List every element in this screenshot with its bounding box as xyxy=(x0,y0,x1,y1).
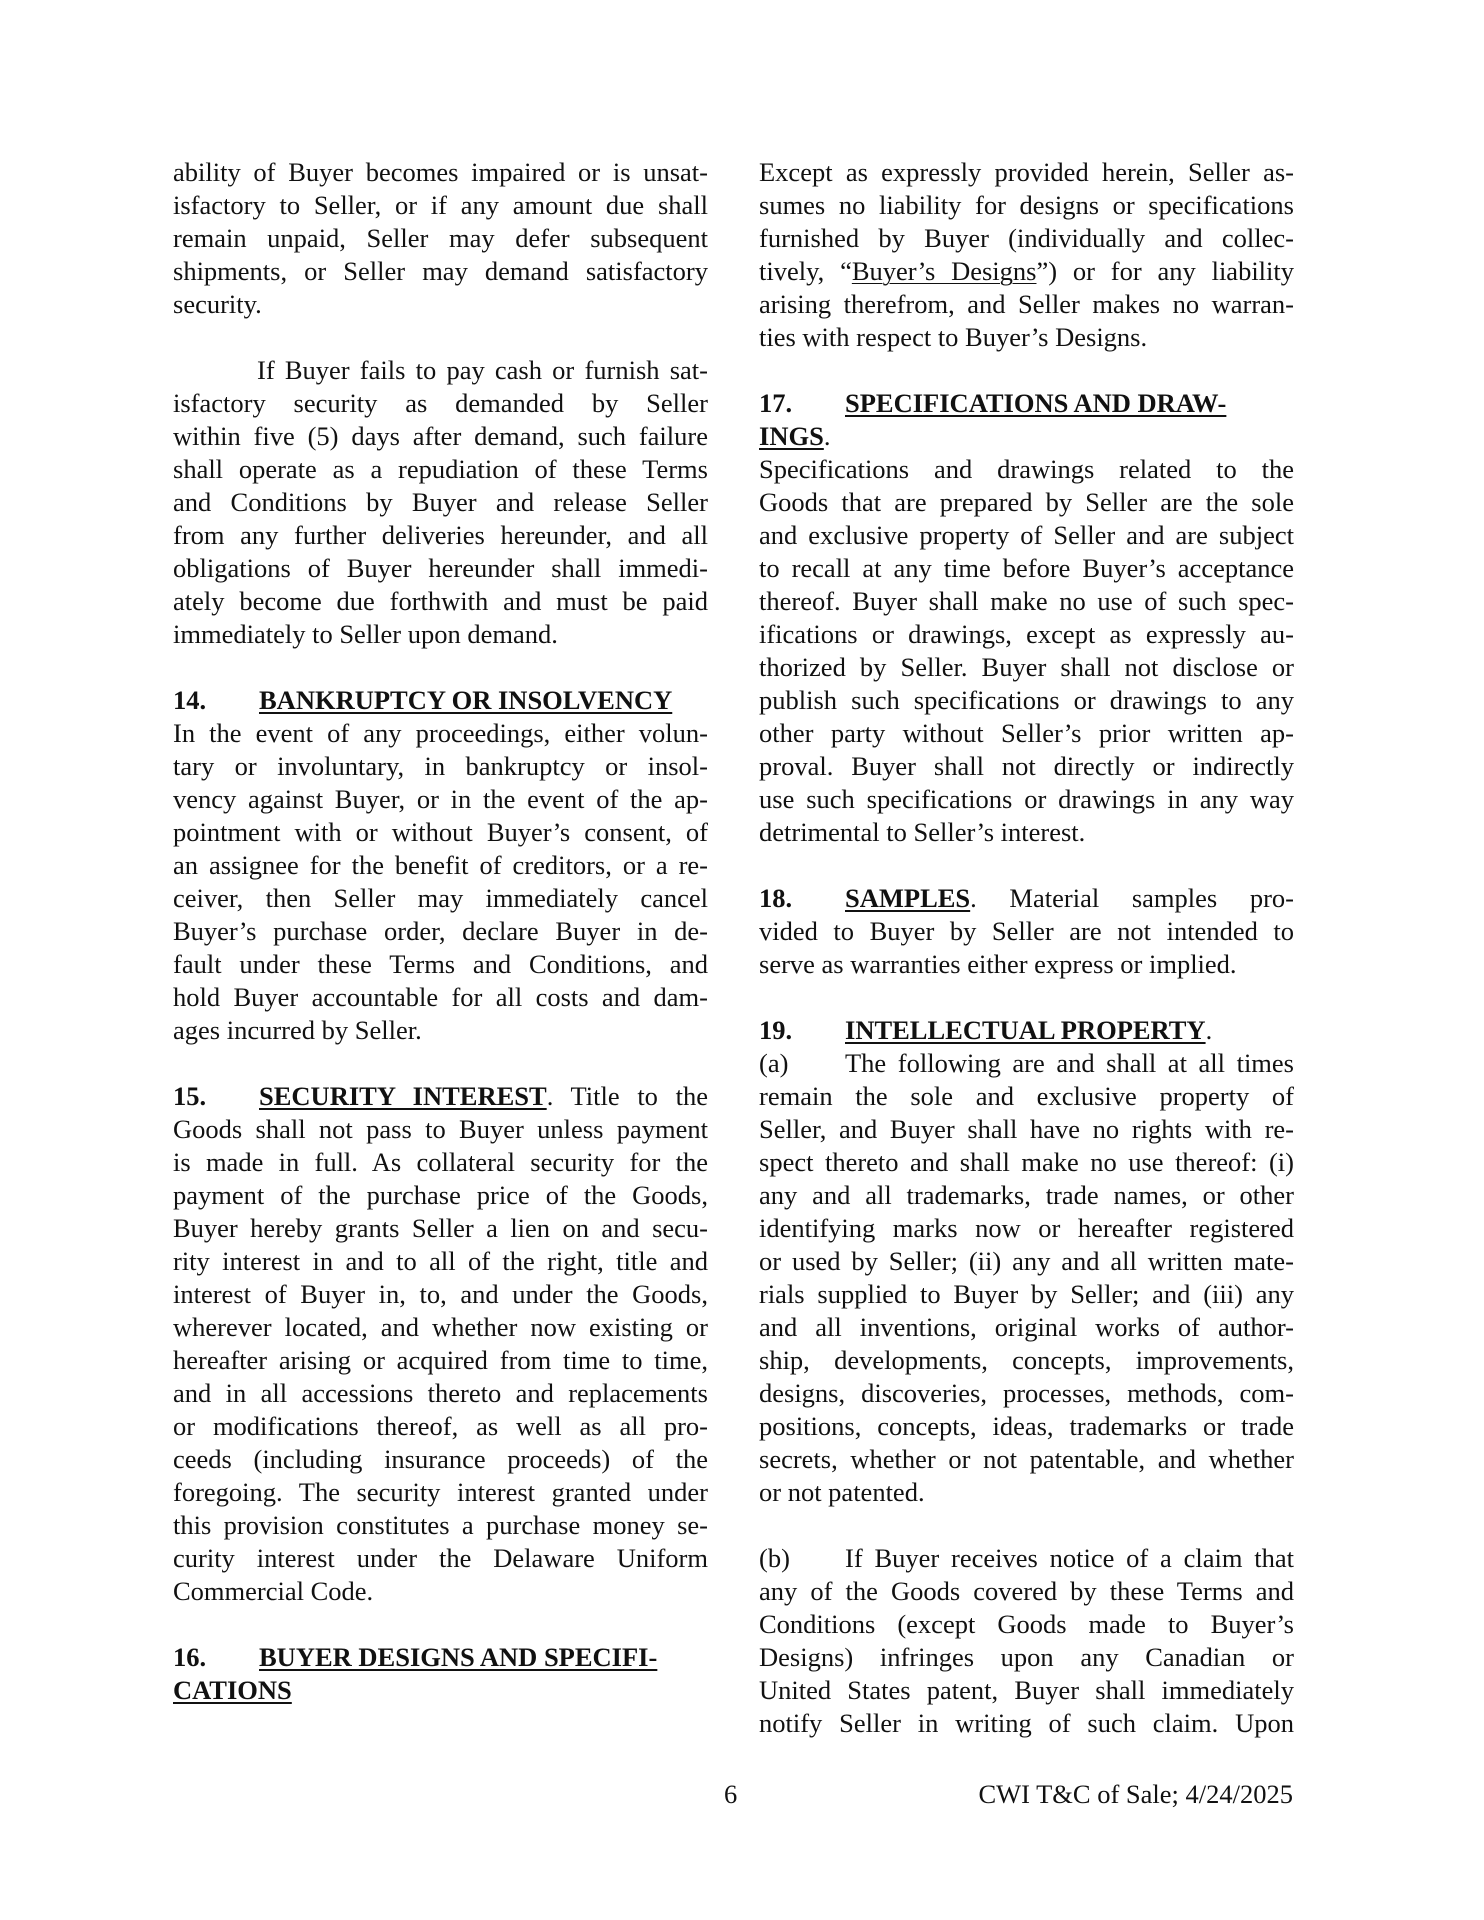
text-line: rials supplied to Buyer by Seller; and (… xyxy=(759,1278,1294,1311)
text-line: thorized by Seller. Buyer shall not disc… xyxy=(759,651,1294,684)
text-line: fault under these Terms and Conditions, … xyxy=(173,948,708,981)
text-line: curity interest under the Delaware Unifo… xyxy=(173,1542,708,1575)
text-line: use such specifications or drawings in a… xyxy=(759,783,1294,816)
text-run: If Buyer receives notice of a claim that xyxy=(845,1543,1294,1573)
text-line: payment of the purchase price of the Goo… xyxy=(173,1179,708,1212)
text-line: ifications or drawings, except as expres… xyxy=(759,618,1294,651)
text-line: within five (5) days after demand, such … xyxy=(173,420,708,453)
text-line: vency against Buyer, or in the event of … xyxy=(173,783,708,816)
text-line: tary or involuntary, in bankruptcy or in… xyxy=(173,750,708,783)
text-line: to recall at any time before Buyer’s acc… xyxy=(759,552,1294,585)
text-line: ately become due forthwith and must be p… xyxy=(173,585,708,618)
text-line: an assignee for the benefit of creditors… xyxy=(173,849,708,882)
text-line: proval. Buyer shall not directly or indi… xyxy=(759,750,1294,783)
section-number: 14. xyxy=(173,684,259,717)
text-line: positions, concepts, ideas, trademarks o… xyxy=(759,1410,1294,1443)
section-number: 19. xyxy=(759,1014,845,1047)
text-line: shall operate as a repudiation of these … xyxy=(173,453,708,486)
text-line: arising therefrom, and Seller makes no w… xyxy=(759,288,1294,321)
section-title: BUYER DESIGNS AND SPECIFI- xyxy=(259,1642,657,1672)
text-line: Commercial Code. xyxy=(173,1575,708,1608)
paragraph-gap xyxy=(173,1608,708,1641)
text-line: hereafter arising or acquired from time … xyxy=(173,1344,708,1377)
section-14-heading: 14.BANKRUPTCY OR INSOLVENCY xyxy=(173,684,708,717)
section-title: SAMPLES xyxy=(845,883,970,913)
text-line: Goods shall not pass to Buyer unless pay… xyxy=(173,1113,708,1146)
text-line: tively, “Buyer’s Designs”) or for any li… xyxy=(759,255,1294,288)
text-run: . xyxy=(824,421,831,451)
paragraph-gap xyxy=(173,1047,708,1080)
text-line: shipments, or Seller may demand satisfac… xyxy=(173,255,708,288)
section-title: INGS xyxy=(759,421,824,451)
text-line: hold Buyer accountable for all costs and… xyxy=(173,981,708,1014)
text-line: ties with respect to Buyer’s Designs. xyxy=(759,321,1294,354)
document-footer-label: CWI T&C of Sale; 4/24/2025 xyxy=(978,1778,1293,1811)
section-title: BANKRUPTCY OR INSOLVENCY xyxy=(259,685,672,715)
text-run: ”) or for any liability xyxy=(1036,256,1294,286)
text-line: ceeds (including insurance proceeds) of … xyxy=(173,1443,708,1476)
paragraph-gap xyxy=(759,981,1294,1014)
paragraph-gap xyxy=(759,849,1294,882)
text-line: rity interest in and to all of the right… xyxy=(173,1245,708,1278)
section-18-heading: 18.SAMPLES. Material samples pro- xyxy=(759,882,1294,915)
text-line: foregoing. The security interest granted… xyxy=(173,1476,708,1509)
text-line: remain the sole and exclusive property o… xyxy=(759,1080,1294,1113)
subsection-b-first-line: (b)If Buyer receives notice of a claim t… xyxy=(759,1542,1294,1575)
section-title: SECURITY INTEREST xyxy=(259,1081,547,1111)
text-line: any and all trademarks, trade names, or … xyxy=(759,1179,1294,1212)
page-number: 6 xyxy=(724,1778,737,1811)
text-run: . xyxy=(1206,1015,1213,1045)
text-run: . Title to the xyxy=(547,1081,708,1111)
text-line: any of the Goods covered by these Terms … xyxy=(759,1575,1294,1608)
text-line: secrets, whether or not patentable, and … xyxy=(759,1443,1294,1476)
text-line: serve as warranties either express or im… xyxy=(759,948,1294,981)
text-line: Except as expressly provided herein, Sel… xyxy=(759,156,1294,189)
section-number: 17. xyxy=(759,387,845,420)
paragraph-gap xyxy=(173,651,708,684)
text-line: obligations of Buyer hereunder shall imm… xyxy=(173,552,708,585)
left-column: ability of Buyer becomes impaired or is … xyxy=(173,156,708,1707)
text-line: United States patent, Buyer shall immedi… xyxy=(759,1674,1294,1707)
text-line: If Buyer fails to pay cash or furnish sa… xyxy=(173,354,708,387)
text-line: Seller, and Buyer shall have no rights w… xyxy=(759,1113,1294,1146)
section-16-heading-cont: CATIONS xyxy=(173,1674,708,1707)
section-17-heading: 17.SPECIFICATIONS AND DRAW- xyxy=(759,387,1294,420)
text-line: Specifications and drawings related to t… xyxy=(759,453,1294,486)
text-run: If Buyer fails to pay cash or furnish sa… xyxy=(257,355,708,385)
text-run: The following are and shall at all times xyxy=(845,1048,1294,1078)
text-line: remain unpaid, Seller may defer subseque… xyxy=(173,222,708,255)
text-line: or used by Seller; (ii) any and all writ… xyxy=(759,1245,1294,1278)
text-line: In the event of any proceedings, either … xyxy=(173,717,708,750)
text-line: thereof. Buyer shall make no use of such… xyxy=(759,585,1294,618)
subsection-a-first-line: (a)The following are and shall at all ti… xyxy=(759,1047,1294,1080)
text-line: identifying marks now or hereafter regis… xyxy=(759,1212,1294,1245)
section-16-heading: 16.BUYER DESIGNS AND SPECIFI- xyxy=(173,1641,708,1674)
text-line: Designs) infringes upon any Canadian or xyxy=(759,1641,1294,1674)
section-number: 18. xyxy=(759,882,845,915)
text-line: from any further deliveries hereunder, a… xyxy=(173,519,708,552)
text-line: is made in full. As collateral security … xyxy=(173,1146,708,1179)
text-line: furnished by Buyer (individually and col… xyxy=(759,222,1294,255)
text-line: this provision constitutes a purchase mo… xyxy=(173,1509,708,1542)
text-line: wherever located, and whether now existi… xyxy=(173,1311,708,1344)
text-line: pointment with or without Buyer’s consen… xyxy=(173,816,708,849)
text-line: Conditions (except Goods made to Buyer’s xyxy=(759,1608,1294,1641)
section-19-heading: 19.INTELLECTUAL PROPERTY. xyxy=(759,1014,1294,1047)
paragraph-gap xyxy=(759,354,1294,387)
text-line: Buyer hereby grants Seller a lien on and… xyxy=(173,1212,708,1245)
section-title: SPECIFICATIONS AND DRAW- xyxy=(845,388,1226,418)
text-line: spect thereto and shall make no use ther… xyxy=(759,1146,1294,1179)
text-line: ceiver, then Seller may immediately canc… xyxy=(173,882,708,915)
defined-term: Buyer’s Designs xyxy=(852,256,1037,286)
text-line: or not patented. xyxy=(759,1476,1294,1509)
text-run: tively, “ xyxy=(759,256,852,286)
section-title: CATIONS xyxy=(173,1675,292,1705)
section-title: INTELLECTUAL PROPERTY xyxy=(845,1015,1206,1045)
text-line: notify Seller in writing of such claim. … xyxy=(759,1707,1294,1740)
section-17-heading-cont: INGS. xyxy=(759,420,1294,453)
text-line: vided to Buyer by Seller are not intende… xyxy=(759,915,1294,948)
text-line: immediately to Seller upon demand. xyxy=(173,618,708,651)
section-number: 15. xyxy=(173,1080,259,1113)
subsection-label: (a) xyxy=(759,1047,845,1080)
text-line: interest of Buyer in, to, and under the … xyxy=(173,1278,708,1311)
text-line: designs, discoveries, processes, methods… xyxy=(759,1377,1294,1410)
text-line: ability of Buyer becomes impaired or is … xyxy=(173,156,708,189)
page-footer: 6 CWI T&C of Sale; 4/24/2025 xyxy=(0,1778,1484,1811)
text-run: . Material samples pro- xyxy=(970,883,1294,913)
text-line: security. xyxy=(173,288,708,321)
text-line: ship, developments, concepts, improvemen… xyxy=(759,1344,1294,1377)
text-line: other party without Seller’s prior writt… xyxy=(759,717,1294,750)
text-line: ages incurred by Seller. xyxy=(173,1014,708,1047)
paragraph-gap xyxy=(759,1509,1294,1542)
text-line: isfactory security as demanded by Seller xyxy=(173,387,708,420)
text-line: publish such specifications or drawings … xyxy=(759,684,1294,717)
text-line: sumes no liability for designs or specif… xyxy=(759,189,1294,222)
section-number: 16. xyxy=(173,1641,259,1674)
text-line: and exclusive property of Seller and are… xyxy=(759,519,1294,552)
text-line: Buyer’s purchase order, declare Buyer in… xyxy=(173,915,708,948)
text-line: isfactory to Seller, or if any amount du… xyxy=(173,189,708,222)
section-15-heading: 15.SECURITY INTEREST. Title to the xyxy=(173,1080,708,1113)
right-column: Except as expressly provided herein, Sel… xyxy=(759,156,1294,1740)
subsection-label: (b) xyxy=(759,1542,845,1575)
text-line: detrimental to Seller’s interest. xyxy=(759,816,1294,849)
paragraph-gap xyxy=(173,321,708,354)
text-line: and in all accessions thereto and replac… xyxy=(173,1377,708,1410)
text-line: Goods that are prepared by Seller are th… xyxy=(759,486,1294,519)
text-line: or modifications thereof, as well as all… xyxy=(173,1410,708,1443)
text-line: and Conditions by Buyer and release Sell… xyxy=(173,486,708,519)
text-line: and all inventions, original works of au… xyxy=(759,1311,1294,1344)
